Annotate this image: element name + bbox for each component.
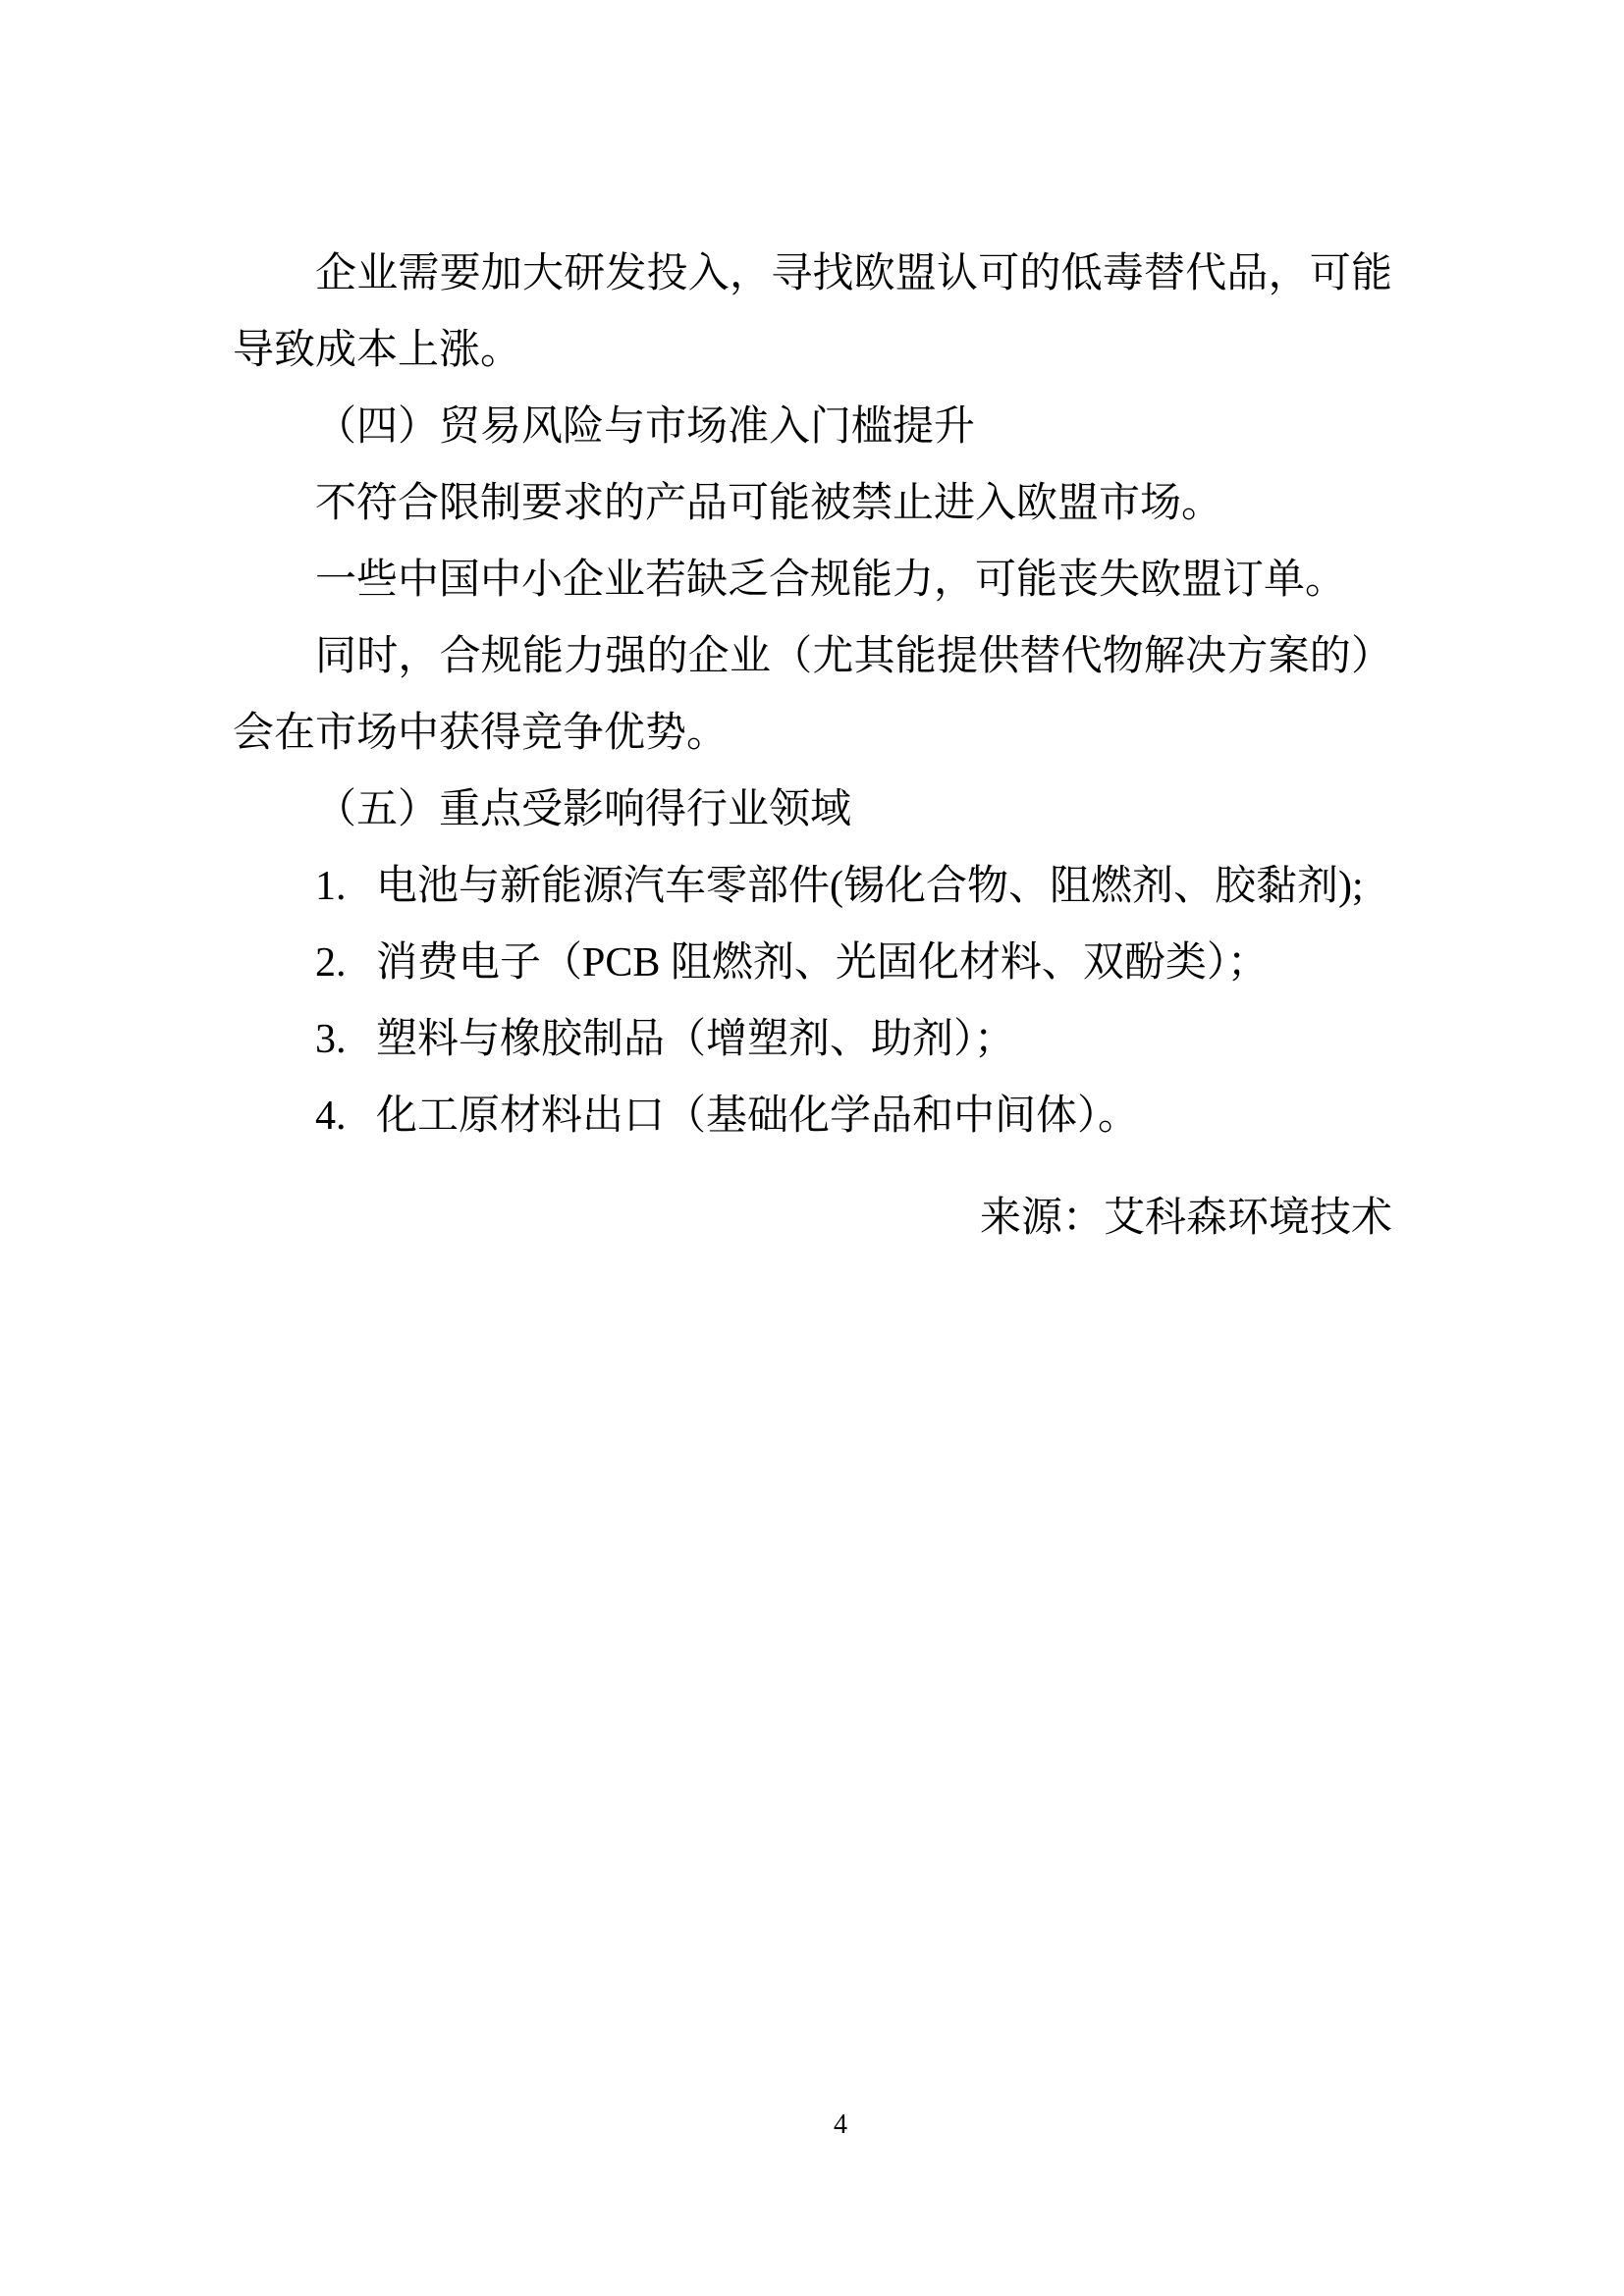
list-item: 1.电池与新能源汽车零部件(锡化合物、阻燃剂、胶黏剂); <box>233 848 1392 925</box>
paragraph-line: 企业需要加大研发投入，寻找欧盟认可的低毒替代品，可能 <box>233 236 1392 312</box>
document-body: 企业需要加大研发投入，寻找欧盟认可的低毒替代品，可能 导致成本上涨。 （四）贸易… <box>233 236 1392 1256</box>
page-number: 4 <box>0 2109 1624 2142</box>
section-heading-4: （四）贸易风险与市场准入门槛提升 <box>233 389 1392 465</box>
list-item: 4.化工原材料出口（基础化学品和中间体）。 <box>233 1078 1392 1154</box>
list-item-number: 4. <box>315 1078 376 1154</box>
paragraph-line: 会在市场中获得竞争优势。 <box>233 695 1392 772</box>
list-item-number: 2. <box>315 925 376 1001</box>
list-item: 2.消费电子（PCB 阻燃剂、光固化材料、双酚类）； <box>233 925 1392 1001</box>
section-heading-5: （五）重点受影响得行业领域 <box>233 772 1392 848</box>
paragraph-line: 同时，合规能力强的企业（尤其能提供替代物解决方案的） <box>233 618 1392 695</box>
document-page: 企业需要加大研发投入，寻找欧盟认可的低毒替代品，可能 导致成本上涨。 （四）贸易… <box>0 0 1624 2296</box>
list-item-text: 电池与新能源汽车零部件(锡化合物、阻燃剂、胶黏剂); <box>376 864 1364 909</box>
list-item-number: 1. <box>315 848 376 925</box>
list-item: 3.塑料与橡胶制品（增塑剂、助剂）； <box>233 1001 1392 1078</box>
list-item-text: 化工原材料出口（基础化学品和中间体）。 <box>376 1094 1139 1139</box>
source-attribution: 来源：艾科森环境技术 <box>233 1180 1392 1256</box>
list-item-text: 塑料与橡胶制品（增塑剂、助剂）； <box>376 1017 1015 1062</box>
paragraph-line: 导致成本上涨。 <box>233 312 1392 389</box>
paragraph-line: 不符合限制要求的产品可能被禁止进入欧盟市场。 <box>233 465 1392 542</box>
paragraph-line: 一些中国中小企业若缺乏合规能力，可能丧失欧盟订单。 <box>233 542 1392 618</box>
list-item-text: 消费电子（PCB 阻燃剂、光固化材料、双酚类）； <box>376 940 1269 986</box>
list-item-number: 3. <box>315 1001 376 1078</box>
